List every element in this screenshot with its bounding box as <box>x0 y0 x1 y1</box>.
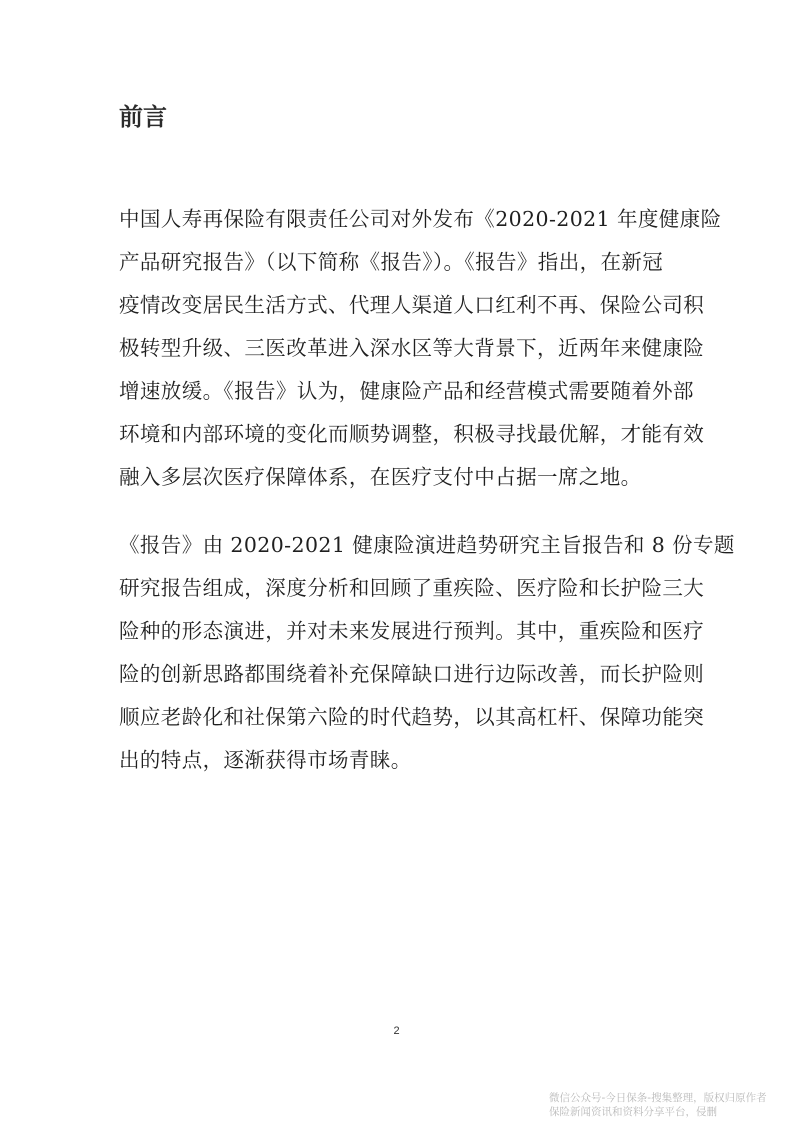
text-line: 环境和内部环境的变化而顺势调整，积极寻找最优解，才能有效 <box>119 413 679 456</box>
watermark-line: 微信公众号-今日保条-搜集整理，版权归原作者 <box>549 1091 789 1105</box>
text-line: 产品研究报告》（以下简称《报告》）。《报告》指出，在新冠 <box>119 241 679 284</box>
paragraph-intro: 中国人寿再保险有限责任公司对外发布《2020-2021 年度健康险 产品研究报告… <box>119 198 679 499</box>
text-line: 险的创新思路都围绕着补充保障缺口进行边际改善，而长护险则 <box>119 653 679 696</box>
text-line: 中国人寿再保险有限责任公司对外发布《2020-2021 年度健康险 <box>119 198 679 241</box>
text-line: 疫情改变居民生活方式、代理人渠道人口红利不再、保险公司积 <box>119 284 679 327</box>
paragraph-report-composition: 《报告》由 2020-2021 健康险演进趋势研究主旨报告和 8 份专题 研究报… <box>119 524 679 782</box>
page-title: 前言 <box>119 100 167 134</box>
text-line: 增速放缓。《报告》认为，健康险产品和经营模式需要随着外部 <box>119 370 679 413</box>
watermark-line: 保险新闻资讯和资料分享平台，侵删 <box>549 1105 789 1119</box>
text-line: 融入多层次医疗保障体系，在医疗支付中占据一席之地。 <box>119 456 679 499</box>
text-line: 极转型升级、三医改革进入深水区等大背景下，近两年来健康险 <box>119 327 679 370</box>
text-line: 出的特点，逐渐获得市场青睐。 <box>119 739 679 782</box>
page-number: 2 <box>0 1025 793 1037</box>
text-line: 《报告》由 2020-2021 健康险演进趋势研究主旨报告和 8 份专题 <box>119 524 679 567</box>
text-line: 险种的形态演进，并对未来发展进行预判。其中，重疾险和医疗 <box>119 610 679 653</box>
text-line: 顺应老龄化和社保第六险的时代趋势，以其高杠杆、保障功能突 <box>119 696 679 739</box>
text-line: 研究报告组成，深度分析和回顾了重疾险、医疗险和长护险三大 <box>119 567 679 610</box>
watermark: 微信公众号-今日保条-搜集整理，版权归原作者 保险新闻资讯和资料分享平台，侵删 <box>549 1091 789 1119</box>
